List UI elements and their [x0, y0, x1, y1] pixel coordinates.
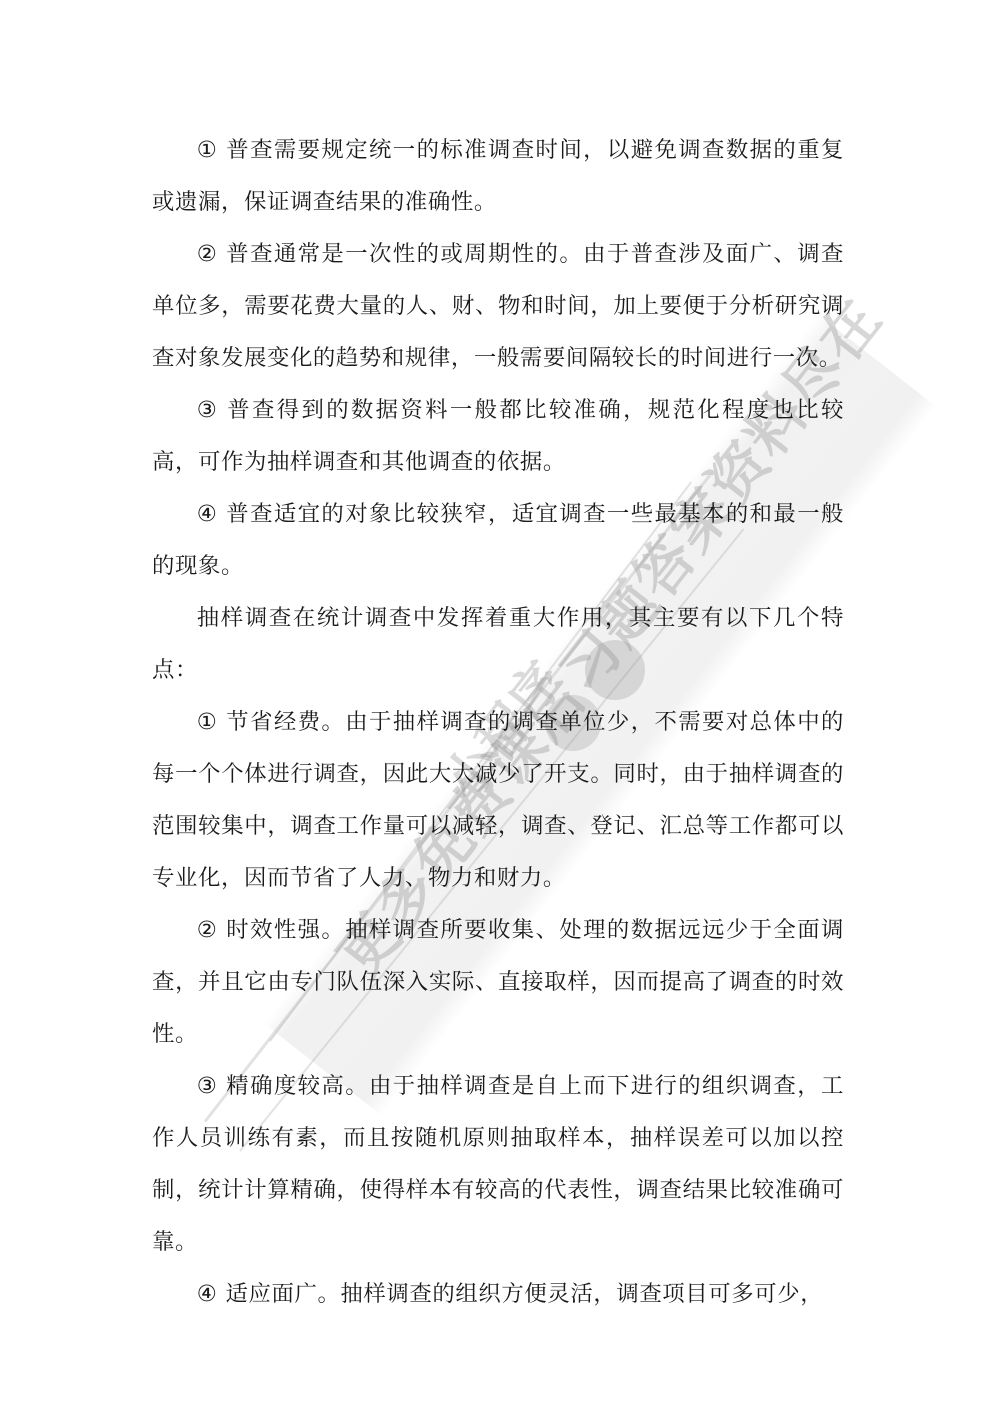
- paragraph: ②时效性强。抽样调查所要收集、处理的数据远远少于全面调查，并且它由专门队伍深入实…: [152, 904, 844, 1060]
- list-marker: ③: [197, 1073, 218, 1099]
- paragraph: ①普查需要规定统一的标准调查时间，以避免调查数据的重复或遗漏，保证调查结果的准确…: [152, 124, 844, 228]
- list-marker: ②: [197, 241, 218, 267]
- paragraph: ②普查通常是一次性的或周期性的。由于普查涉及面广、调查单位多，需要花费大量的人、…: [152, 228, 844, 384]
- list-marker: ③: [197, 397, 219, 423]
- list-marker: ①: [197, 137, 218, 163]
- paragraph: ①节省经费。由于抽样调查的调查单位少，不需要对总体中的每一个个体进行调查，因此大…: [152, 696, 844, 904]
- list-marker: ④: [197, 1281, 218, 1307]
- paragraph: ③精确度较高。由于抽样调查是自上而下进行的组织调查，工作人员训练有素，而且按随机…: [152, 1060, 844, 1268]
- paragraph-text: 节省经费。由于抽样调查的调查单位少，不需要对总体中的每一个个体进行调查，因此大大…: [152, 709, 844, 891]
- paragraph-text: 普查通常是一次性的或周期性的。由于普查涉及面广、调查单位多，需要花费大量的人、财…: [152, 241, 844, 371]
- paragraph-text: 普查需要规定统一的标准调查时间，以避免调查数据的重复或遗漏，保证调查结果的准确性…: [152, 137, 844, 215]
- paragraph-text: 适应面广。抽样调查的组织方便灵活，调查项目可多可少，: [225, 1281, 823, 1307]
- paragraph-text: 普查适宜的对象比较狭窄，适宜调查一些最基本的和最一般的现象。: [152, 501, 844, 579]
- list-marker: ②: [197, 917, 218, 943]
- document-body: ①普查需要规定统一的标准调查时间，以避免调查数据的重复或遗漏，保证调查结果的准确…: [152, 124, 844, 1320]
- paragraph-text: 时效性强。抽样调查所要收集、处理的数据远远少于全面调查，并且它由专门队伍深入实际…: [152, 917, 844, 1047]
- list-marker: ④: [197, 501, 218, 527]
- paragraph-intro: 抽样调查在统计调查中发挥着重大作用，其主要有以下几个特点：: [152, 592, 844, 696]
- paragraph: ③普查得到的数据资料一般都比较准确，规范化程度也比较高，可作为抽样调查和其他调查…: [152, 384, 844, 488]
- paragraph-text: 普查得到的数据资料一般都比较准确，规范化程度也比较高，可作为抽样调查和其他调查的…: [152, 397, 844, 475]
- document-page: 更多免费课后习题答案资料尽在 小程序 ①普查需要规定统一的标准调查时间，以避免调…: [0, 0, 993, 1404]
- paragraph: ④适应面广。抽样调查的组织方便灵活，调查项目可多可少，: [152, 1268, 844, 1320]
- list-marker: ①: [197, 709, 218, 735]
- paragraph: ④普查适宜的对象比较狭窄，适宜调查一些最基本的和最一般的现象。: [152, 488, 844, 592]
- paragraph-text: 抽样调查在统计调查中发挥着重大作用，其主要有以下几个特点：: [152, 605, 844, 683]
- paragraph-text: 精确度较高。由于抽样调查是自上而下进行的组织调查，工作人员训练有素，而且按随机原…: [152, 1073, 844, 1255]
